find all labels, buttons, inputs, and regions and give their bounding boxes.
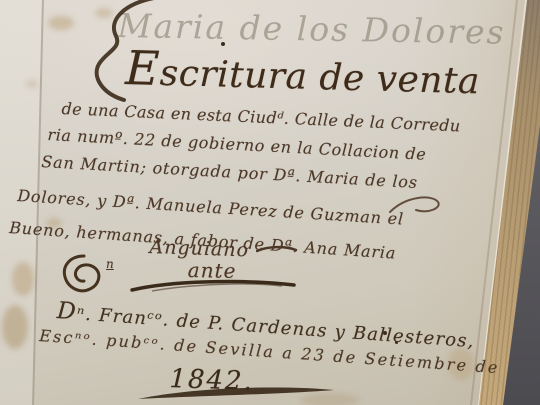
year-underline-flourish — [136, 384, 336, 402]
spiral-mark-superscript: n — [106, 257, 114, 271]
ante-underline-flourish — [130, 278, 298, 294]
document-title: Escritura de venta — [125, 42, 481, 105]
manuscript-photo: Maria de los Dolores Escritura de venta … — [0, 0, 540, 405]
guzman-flourish — [388, 192, 444, 218]
handwriting-layer: Maria de los Dolores Escritura de venta … — [0, 0, 540, 405]
spiral-mark — [58, 250, 106, 300]
anguiano-dash — [256, 244, 298, 254]
